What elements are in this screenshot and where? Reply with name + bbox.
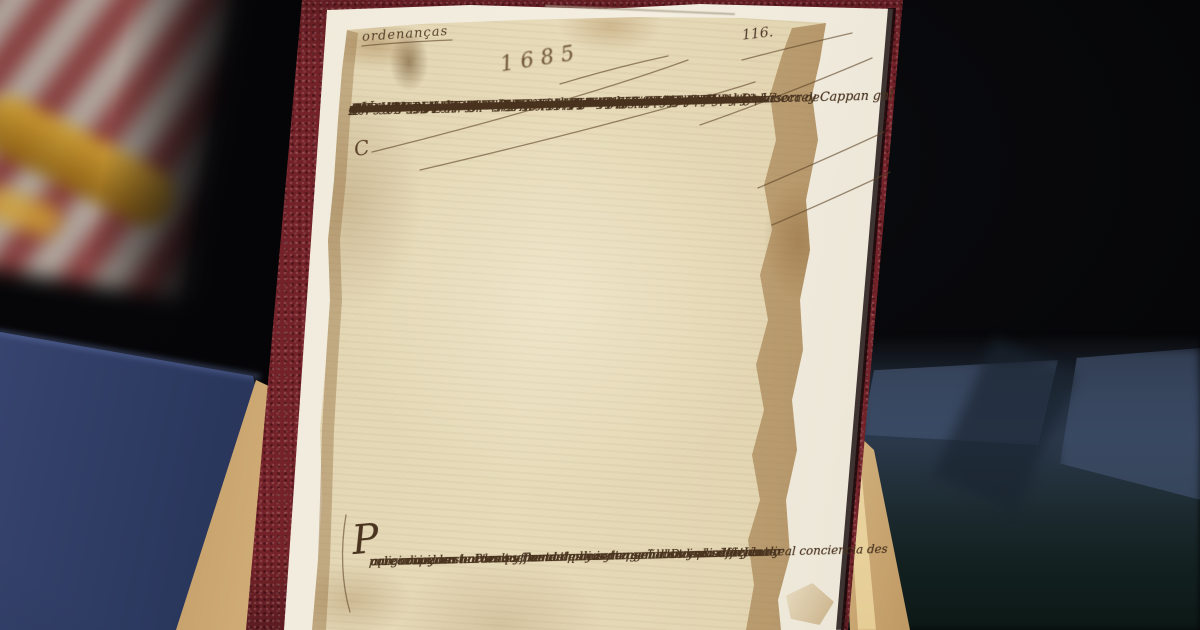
page-number: 116. bbox=[741, 25, 773, 42]
marginal-mark: C bbox=[353, 139, 371, 157]
photo-canvas: ordenanças 1685 116. V C Y Hernando aria… bbox=[0, 0, 1200, 630]
